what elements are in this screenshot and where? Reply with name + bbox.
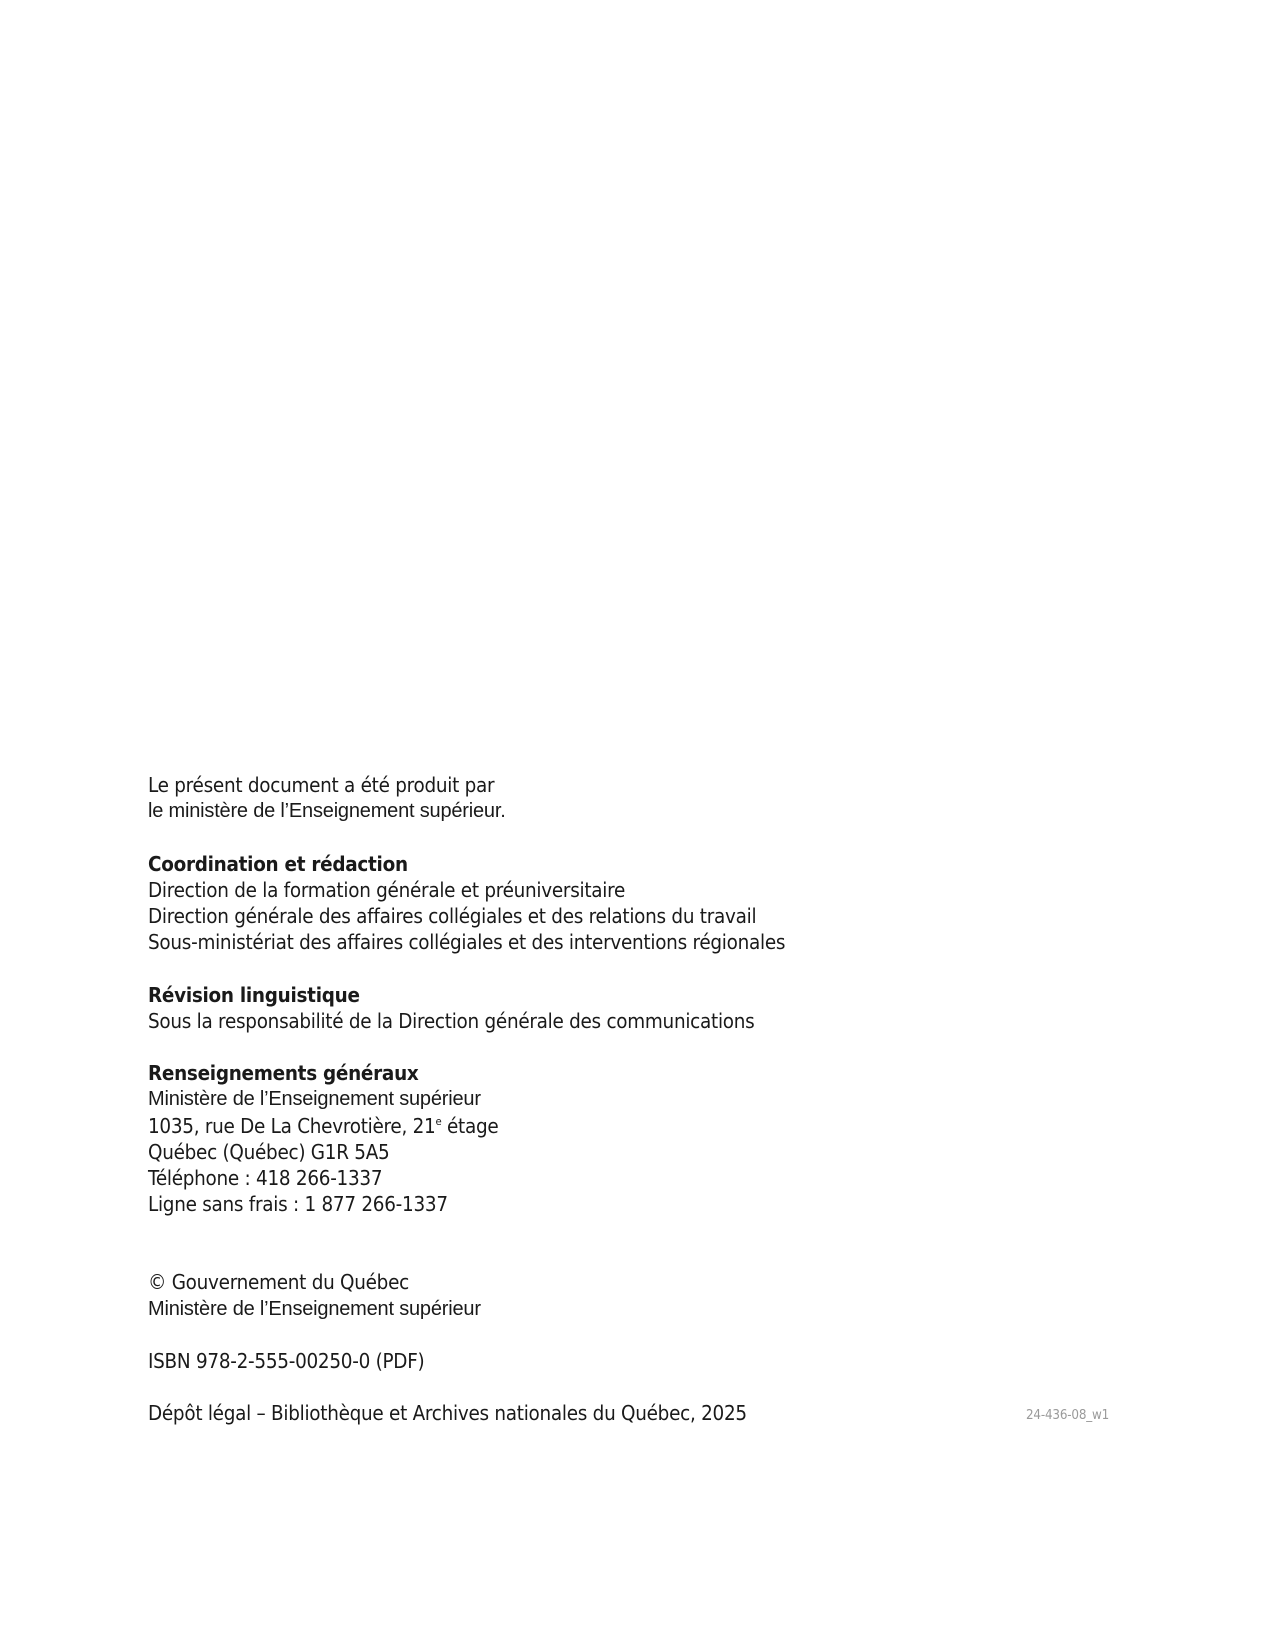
street-address-suffix: étage bbox=[441, 1114, 498, 1138]
intro-line-1: Le présent document a été produit par bbox=[148, 772, 976, 798]
isbn: ISBN 978-2-555-00250-0 (PDF) bbox=[148, 1348, 976, 1374]
legal-deposit: Dépôt légal – Bibliothèque et Archives n… bbox=[148, 1400, 976, 1426]
revision-heading: Révision linguistique bbox=[148, 982, 976, 1008]
city-postal-code: Québec (Québec) G1R 5A5 bbox=[148, 1139, 976, 1165]
copyright-line: © Gouvernement du Québec bbox=[148, 1269, 976, 1295]
tollfree-number: Ligne sans frais : 1 877 266-1337 bbox=[148, 1191, 976, 1217]
phone-number: Téléphone : 418 266-1337 bbox=[148, 1165, 976, 1191]
renseignements-heading: Renseignements généraux bbox=[148, 1060, 976, 1086]
coordination-line: Direction générale des affaires collégia… bbox=[148, 903, 976, 929]
ministry-name: Ministère de l’Enseignement supérieur bbox=[148, 1086, 1048, 1112]
copyright-ministry: Ministère de l’Enseignement supérieur bbox=[148, 1296, 1048, 1322]
spacer bbox=[148, 1217, 1048, 1269]
spacer bbox=[148, 1034, 1048, 1060]
spacer bbox=[148, 1374, 1048, 1400]
spacer bbox=[148, 1322, 1048, 1348]
revision-line: Sous la responsabilité de la Direction g… bbox=[148, 1008, 976, 1034]
coordination-line: Sous-ministériat des affaires collégiale… bbox=[148, 929, 976, 955]
street-address-prefix: 1035, rue De La Chevrotière, 21 bbox=[148, 1114, 435, 1138]
document-reference-code: 24-436-08_w1 bbox=[1026, 1408, 1109, 1423]
street-address: 1035, rue De La Chevrotière, 21e étage bbox=[148, 1113, 976, 1139]
spacer bbox=[148, 955, 1048, 981]
intro-line-2: le ministère de l’Enseignement supérieur… bbox=[148, 798, 1048, 824]
coordination-line: Direction de la formation générale et pr… bbox=[148, 877, 976, 903]
spacer bbox=[148, 824, 1048, 850]
coordination-heading: Coordination et rédaction bbox=[148, 851, 976, 877]
colophon: Le présent document a été produit par le… bbox=[148, 772, 1048, 1427]
